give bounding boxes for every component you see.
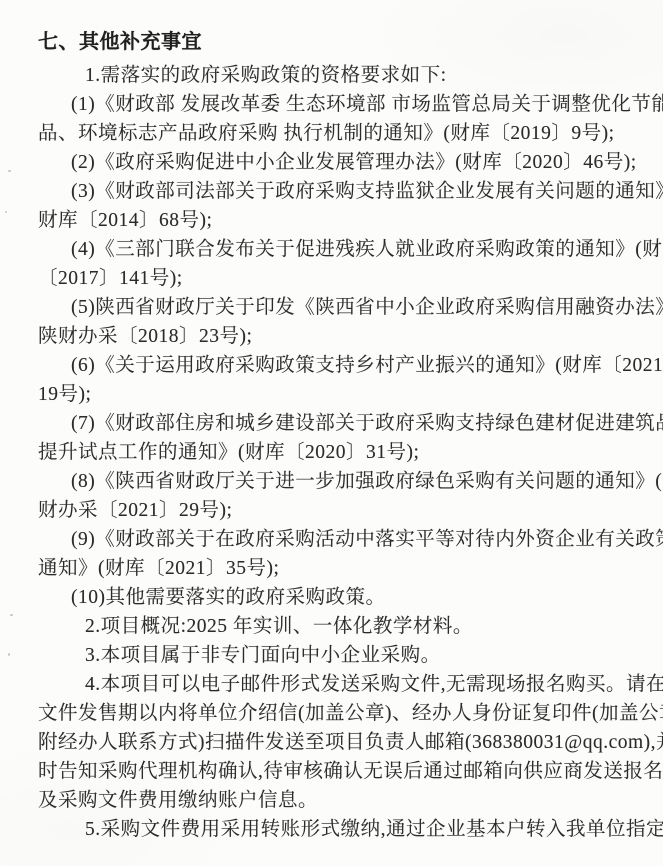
- text-line: 财办采〔2021〕29号);: [38, 496, 630, 525]
- text-line: 19号);: [38, 380, 630, 409]
- scan-speck: [8, 653, 10, 656]
- text-line: 提升试点工作的通知》(财库〔2020〕31号);: [38, 438, 630, 467]
- scan-speck: [10, 614, 13, 616]
- text-line: 1.需落实的政府采购政策的资格要求如下:: [38, 61, 630, 90]
- text-line: 通知》(财库〔2021〕35号);: [38, 554, 630, 583]
- text-line: 及采购文件费用缴纳账户信息。: [38, 786, 630, 815]
- text-line: (6)《关于运用政府采购政策支持乡村产业振兴的通知》(财库〔2021〕: [38, 351, 630, 380]
- document-body: 七、其他补充事宜 1.需落实的政府采购政策的资格要求如下: (1)《财政部 发展…: [38, 28, 630, 844]
- text-line: (4)《三部门联合发布关于促进残疾人就业政府采购政策的通知》(财库: [38, 235, 630, 264]
- text-line: 文件发售期以内将单位介绍信(加盖公章)、经办人身份证复印件(加盖公章并: [38, 699, 630, 728]
- text-line: (3)《财政部司法部关于政府采购支持监狱企业发展有关问题的通知》(: [38, 177, 630, 206]
- text-line: (8)《陕西省财政厅关于进一步加强政府绿色采购有关问题的通知》(陕: [38, 467, 630, 496]
- text-line: 时告知采购代理机构确认,待审核确认无误后通过邮箱向供应商发送报名登记表: [38, 757, 630, 786]
- text-line: 陕财办采〔2018〕23号);: [38, 322, 630, 351]
- text-line: (10)其他需要落实的政府采购政策。: [38, 583, 630, 612]
- text-line: (5)陕西省财政厅关于印发《陕西省中小企业政府采购信用融资办法》(: [38, 293, 630, 322]
- text-line: 3.本项目属于非专门面向中小企业采购。: [38, 641, 630, 670]
- text-line: 2.项目概况:2025 年实训、一体化教学材料。: [38, 612, 630, 641]
- text-line: (1)《财政部 发展改革委 生态环境部 市场监管总局关于调整优化节能产: [38, 90, 630, 119]
- text-line: 附经办人联系方式)扫描件发送至项目负责人邮箱(368380031@qq.com)…: [38, 728, 630, 757]
- scan-speck: [5, 211, 7, 213]
- text-line: (2)《政府采购促进中小企业发展管理办法》(财库〔2020〕46号);: [38, 148, 630, 177]
- text-line: 〔2017〕141号);: [38, 264, 630, 293]
- scan-speck: [8, 170, 11, 172]
- text-line: (9)《财政部关于在政府采购活动中落实平等对待内外资企业有关政策的: [38, 525, 630, 554]
- text-line: (7)《财政部住房和城乡建设部关于政府采购支持绿色建材促进建筑品质: [38, 409, 630, 438]
- text-line: 5.采购文件费用采用转账形式缴纳,通过企业基本户转入我单位指定账户,: [38, 815, 630, 844]
- text-line: 品、环境标志产品政府采购 执行机制的通知》(财库〔2019〕9号);: [38, 119, 630, 148]
- section-heading: 七、其他补充事宜: [38, 28, 630, 57]
- text-line: 财库〔2014〕68号);: [38, 206, 630, 235]
- text-line: 4.本项目可以电子邮件形式发送采购文件,无需现场报名购买。请在规定的: [38, 670, 630, 699]
- document-page: 七、其他补充事宜 1.需落实的政府采购政策的资格要求如下: (1)《财政部 发展…: [0, 0, 663, 866]
